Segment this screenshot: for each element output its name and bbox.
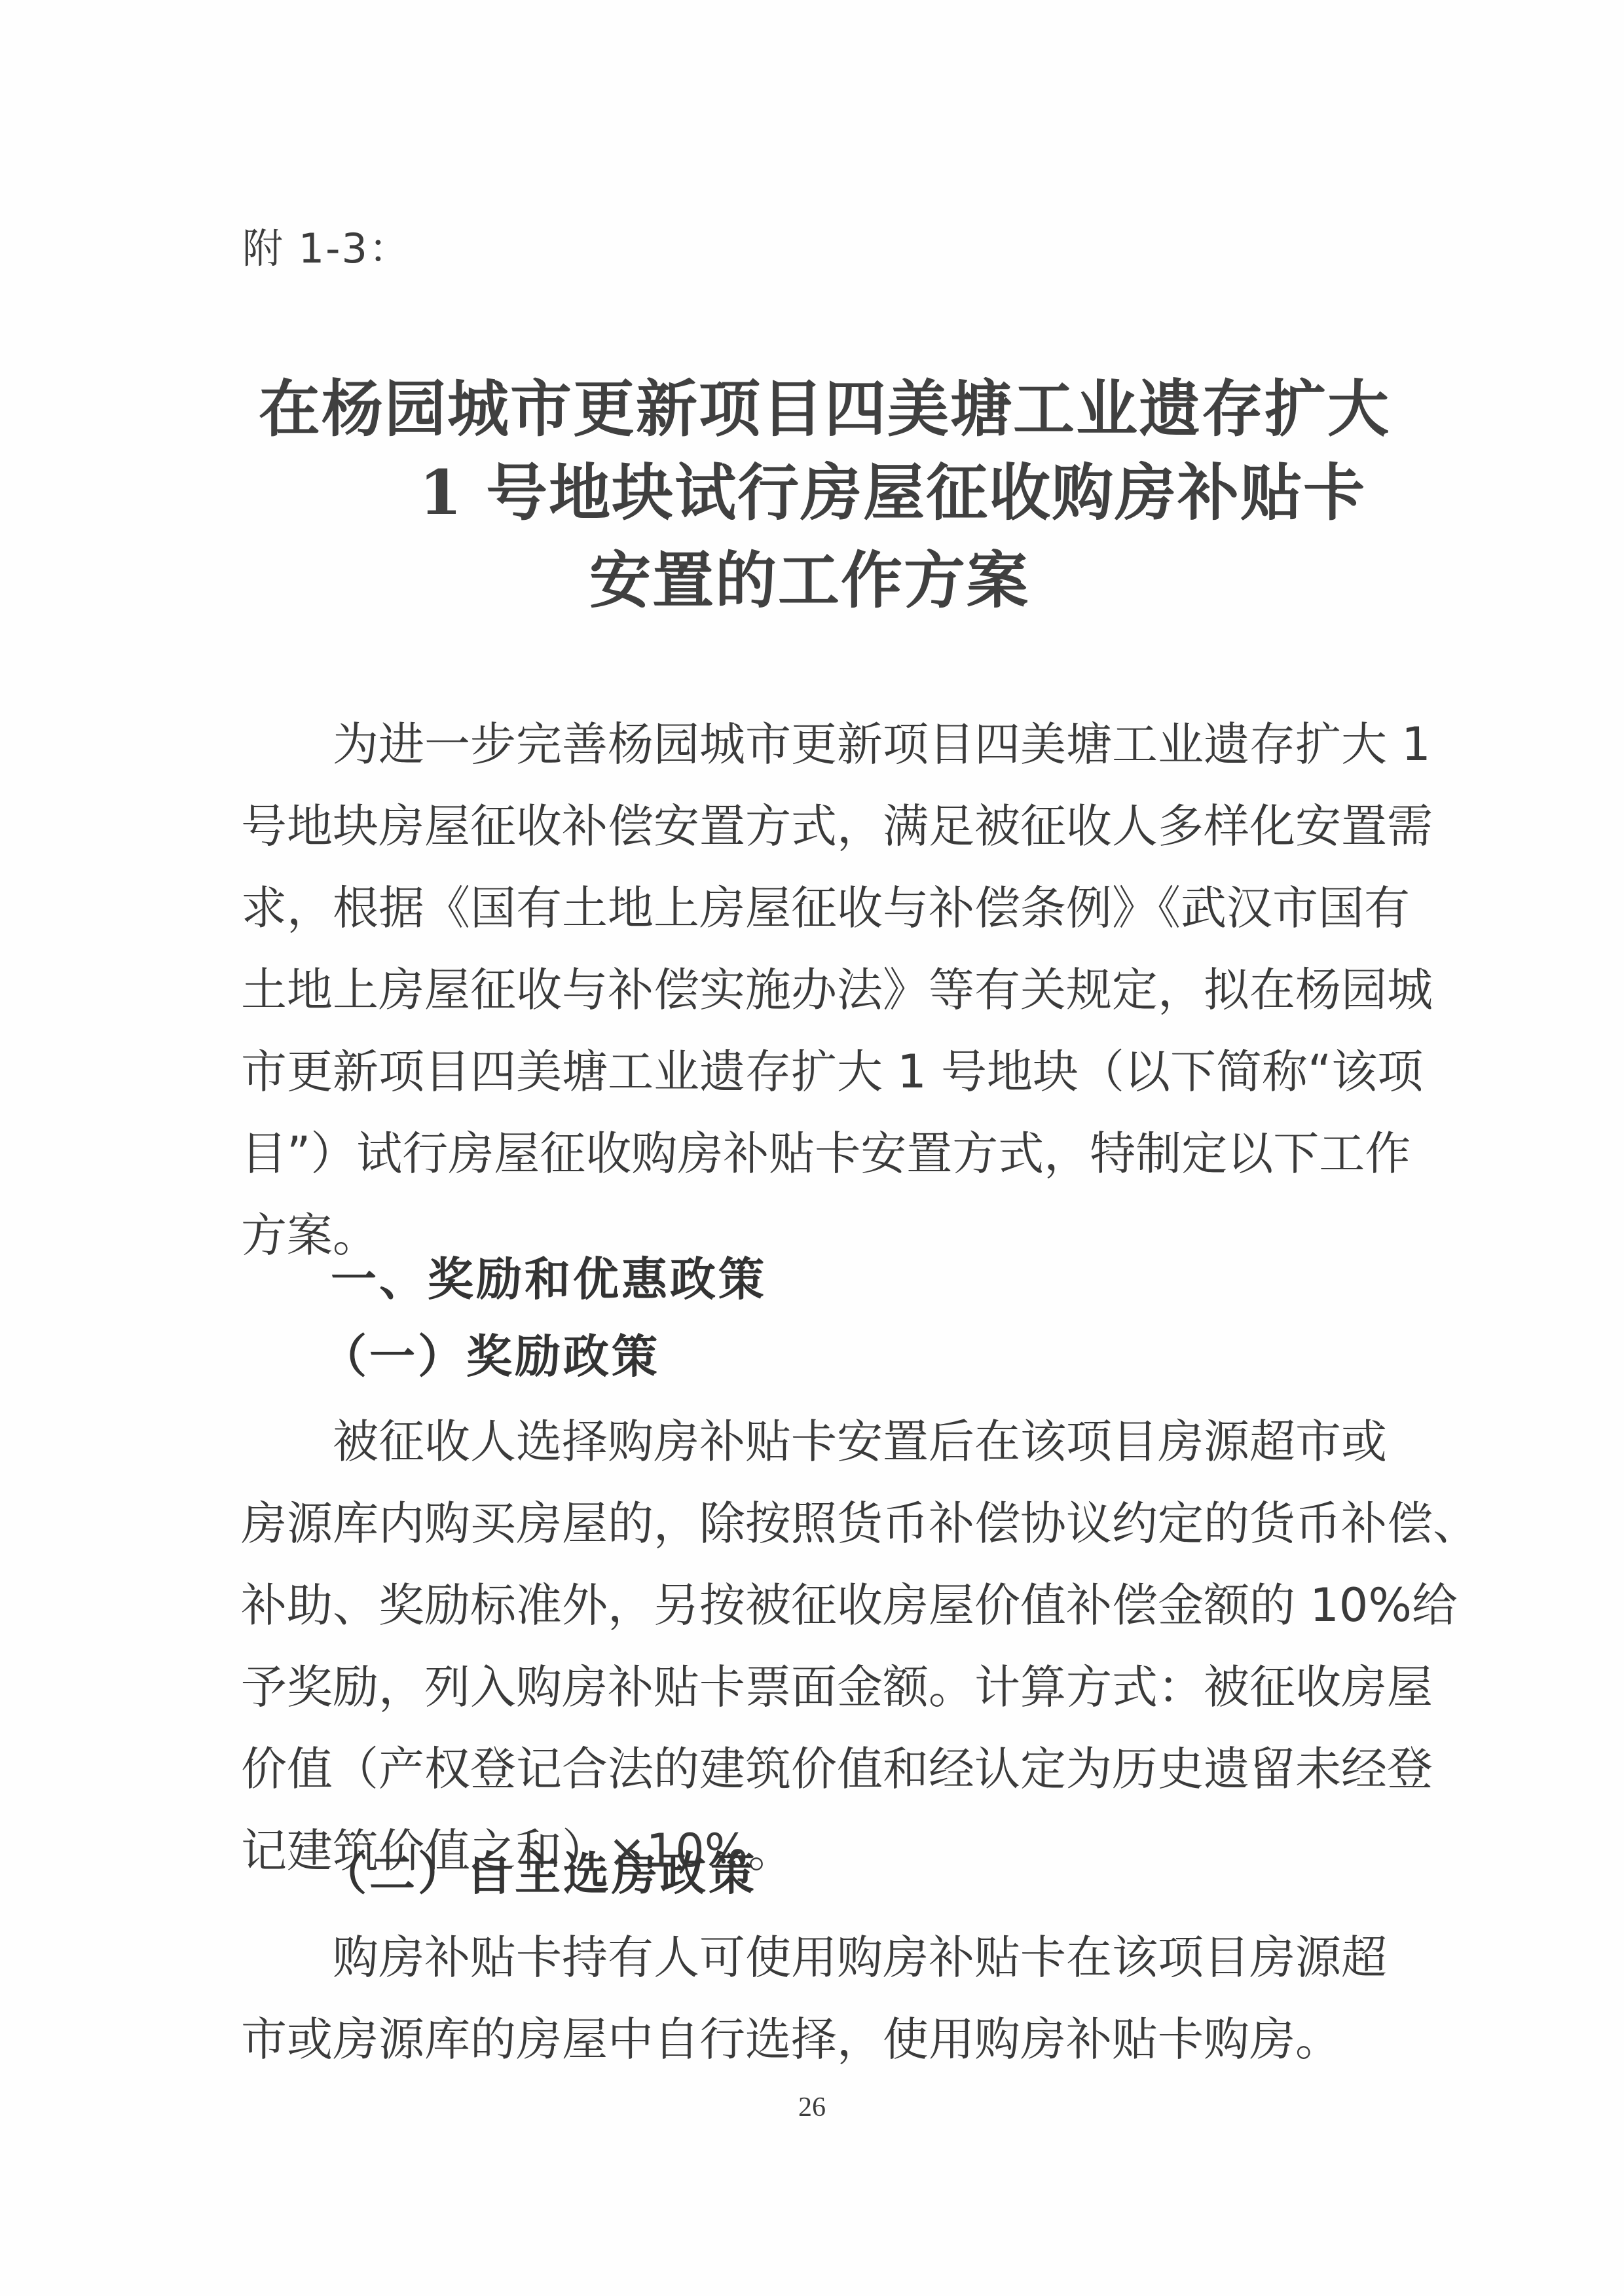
paragraph-line: 为进一步完善杨园城市更新项目四美塘工业遗存扩大 1 — [333, 704, 1384, 786]
paragraph-line: 被征收人选择购房补贴卡安置后在该项目房源超市或 — [333, 1401, 1384, 1483]
paragraph-line: 予奖励，列入购房补贴卡票面金额。计算方式：被征收房屋 — [241, 1647, 1384, 1728]
title-line-2: 1 号地块试行房屋征收购房补贴卡 — [419, 450, 1366, 536]
paragraph-line: 目”）试行房屋征收购房补贴卡安置方式，特制定以下工作 — [241, 1113, 1384, 1195]
attachment-label: 附 1-3： — [242, 223, 411, 275]
subsection-heading: （一）奖励政策 — [321, 1316, 660, 1398]
paragraph-line: 市或房源库的房屋中自行选择，使用购房补贴卡购房。 — [241, 1999, 1341, 2081]
page-number: 26 — [0, 2092, 1624, 2123]
paragraph-line: 补助、奖励标准外，另按被征收房屋价值补偿金额的 10%给 — [241, 1565, 1384, 1647]
section-heading: 一、奖励和优惠政策 — [331, 1239, 767, 1321]
paragraph-line: 价值（产权登记合法的建筑价值和经认定为历史遗留未经登 — [241, 1728, 1384, 1810]
subsection-heading: （二）自主选房政策 — [321, 1833, 757, 1915]
paragraph-line: 求，根据《国有土地上房屋征收与补偿条例》《武汉市国有 — [241, 867, 1384, 949]
paragraph-line: 土地上房屋征收与补偿实施办法》等有关规定，拟在杨园城 — [241, 949, 1384, 1031]
paragraph-line: 号地块房屋征收补偿安置方式，满足被征收人多样化安置需 — [241, 786, 1384, 867]
title-line-3: 安置的工作方案 — [589, 538, 1029, 623]
title-line-1: 在杨园城市更新项目四美塘工业遗存扩大 — [259, 367, 1390, 452]
document-page: 附 1-3： 在杨园城市更新项目四美塘工业遗存扩大 1 号地块试行房屋征收购房补… — [0, 0, 1624, 2296]
paragraph-line: 购房补贴卡持有人可使用购房补贴卡在该项目房源超 — [333, 1917, 1384, 1999]
paragraph-line: 房源库内购买房屋的，除按照货币补偿协议约定的货币补偿、 — [241, 1483, 1384, 1565]
paragraph-line: 市更新项目四美塘工业遗存扩大 1 号地块（以下简称“该项 — [241, 1031, 1384, 1113]
